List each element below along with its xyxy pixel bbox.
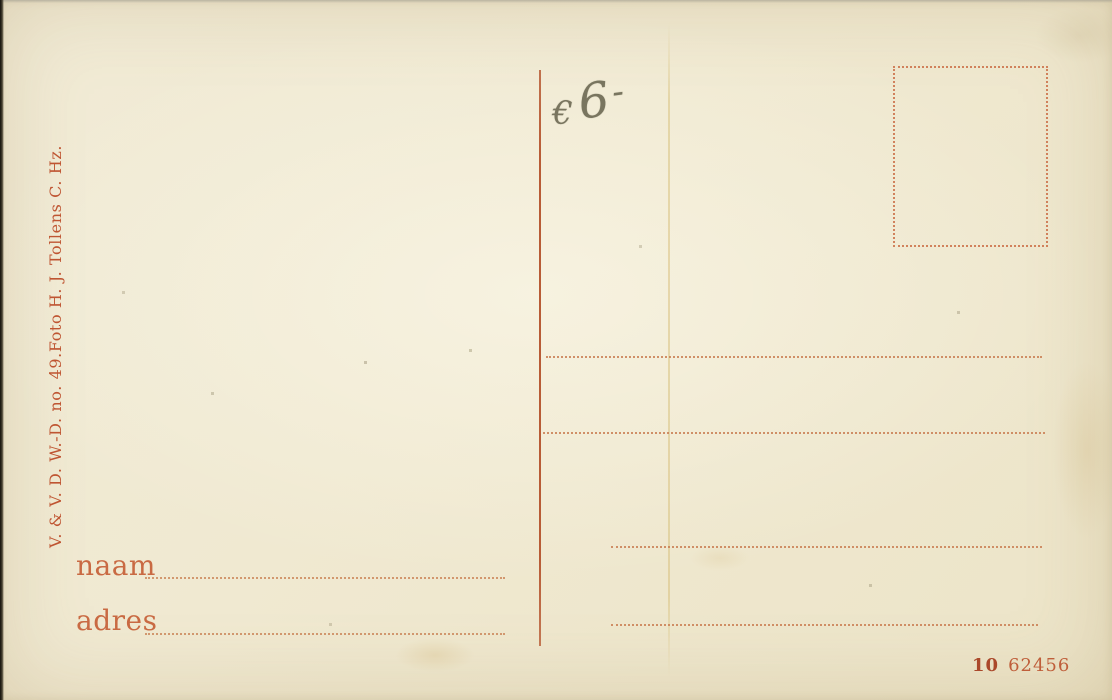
imprint-photographer: Foto H. J. Tollens C. Hz. (46, 145, 65, 352)
address-dotted-line-1 (546, 356, 1042, 358)
pencil-amount: 6 (575, 71, 612, 130)
pencil-dash: - (610, 71, 626, 112)
postcard-back: V. & V. D. W.-D. no. 49. Foto H. J. Toll… (0, 0, 1112, 700)
photo-left-edge (0, 0, 4, 700)
address-dotted-line-2 (543, 432, 1045, 434)
imprint-series: V. & V. D. W.-D. no. 49. (46, 352, 65, 548)
paper-specks (0, 0, 1, 1)
pencil-currency-symbol: € (552, 94, 573, 132)
center-divider-line (539, 70, 541, 646)
price-handwriting: € 6 - (548, 50, 687, 145)
serial-digits: 62456 (1008, 655, 1070, 676)
publisher-imprint: V. & V. D. W.-D. no. 49. Foto H. J. Toll… (44, 148, 66, 548)
address-dotted-line-4 (611, 624, 1038, 626)
serial-number: 1062456 (972, 655, 1070, 676)
vertical-crease (668, 22, 670, 677)
stamp-box (893, 66, 1048, 247)
photo-top-edge (0, 0, 1112, 3)
name-write-line (145, 577, 505, 579)
address-dotted-line-3 (611, 546, 1042, 548)
name-label: naam (76, 549, 156, 582)
serial-prefix: 10 (972, 655, 999, 676)
address-write-line (145, 633, 505, 635)
